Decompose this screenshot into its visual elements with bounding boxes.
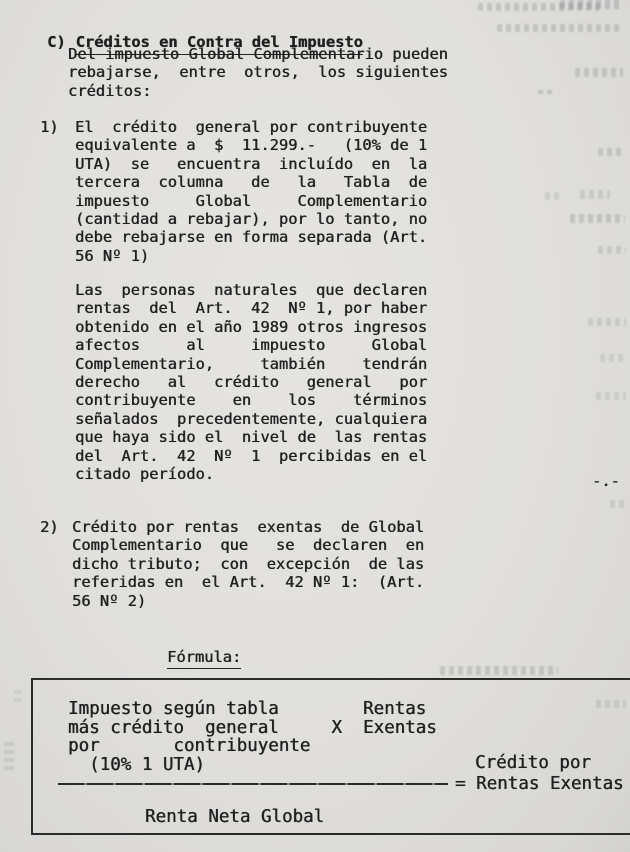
bleed-through-artifact — [588, 318, 626, 326]
intro-paragraph: Del impuesto Global Complementario puede… — [68, 45, 448, 100]
bleed-through-artifact — [598, 246, 626, 254]
bleed-through-artifact — [596, 392, 626, 400]
formula-box: Impuesto según tabla Rentas más crédito … — [31, 678, 630, 835]
bleed-through-artifact — [4, 742, 14, 770]
formula-result-line2: = Rentas Exentas — [455, 775, 624, 794]
scanned-document-page: C)Créditos en Contra del Impuesto Del im… — [0, 0, 630, 852]
bleed-through-artifact — [600, 354, 626, 362]
section-letter: C) — [47, 33, 66, 51]
item1-paragraph2: Las personas naturales que declaren rent… — [75, 281, 427, 483]
bleed-through-artifact — [598, 148, 625, 156]
separator-mark: -.- — [592, 472, 620, 490]
bleed-through-artifact — [545, 192, 561, 200]
bleed-through-artifact — [14, 690, 22, 706]
bleed-through-artifact — [538, 90, 553, 94]
formula-label: Fórmula: — [130, 630, 241, 685]
bleed-through-artifact — [570, 214, 625, 223]
bleed-through-artifact — [580, 190, 610, 199]
bleed-through-artifact — [497, 24, 623, 32]
formula-division-line — [58, 783, 448, 785]
bleed-through-artifact — [610, 500, 628, 508]
formula-numerator: Impuesto según tabla Rentas más crédito … — [68, 700, 437, 774]
item2-number: 2) — [40, 518, 59, 536]
item2-paragraph: Crédito por rentas exentas de Global Com… — [72, 518, 424, 610]
bleed-through-artifact — [575, 68, 623, 77]
formula-denominator: Renta Neta Global — [145, 808, 324, 827]
bleed-through-artifact — [596, 700, 626, 708]
item1-number: 1) — [40, 118, 59, 136]
formula-result-line1: Crédito por — [475, 754, 591, 773]
formula-label-text: Fórmula: — [167, 648, 241, 669]
bleed-through-artifact — [560, 0, 622, 9]
item1-paragraph1: El crédito general por contribuyente equ… — [75, 118, 427, 265]
bleed-through-artifact — [440, 666, 558, 675]
